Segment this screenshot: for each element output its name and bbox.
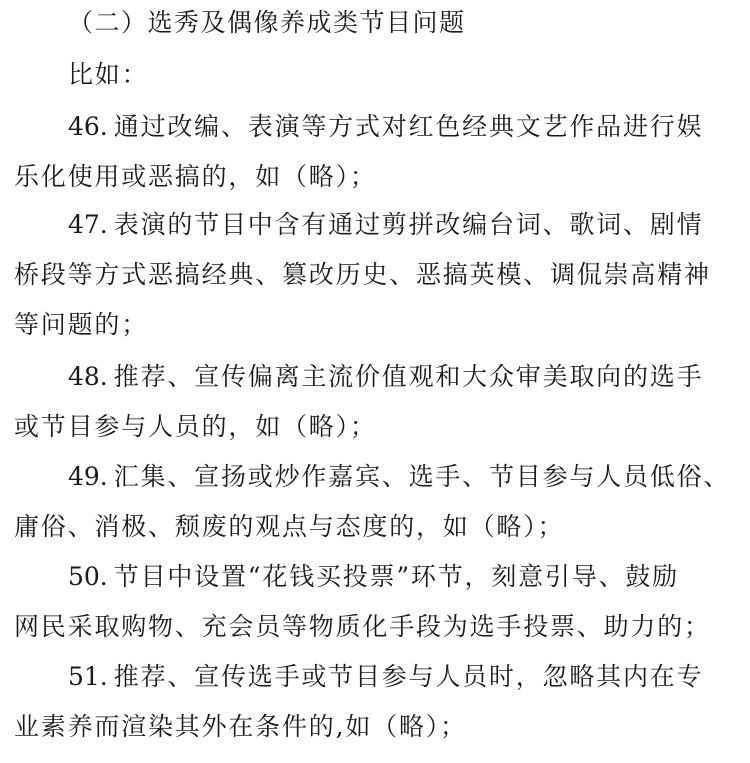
item-number: 50.	[68, 562, 108, 591]
item-first-line: 46.通过改编、表演等方式对红色经典文艺作品进行娱	[68, 112, 703, 142]
item-continuation-line: 业素养而渲染其外在条件的,如（略）；	[14, 712, 467, 742]
item-first-line: 48.推荐、宣传偏离主流价值观和大众审美取向的选手	[68, 362, 703, 392]
item-text: 表演的节目中含有通过剪拼改编台词、歌词、剧情	[114, 210, 704, 239]
item-number: 48.	[68, 362, 108, 391]
item-text: 通过改编、表演等方式对红色经典文艺作品进行娱	[114, 112, 704, 141]
item-first-line: 51.推荐、宣传选手或节目参与人员时，忽略其内在专	[68, 662, 703, 692]
item-first-line: 47.表演的节目中含有通过剪拼改编台词、歌词、剧情	[68, 210, 703, 240]
item-continuation-line: 网民采取购物、充会员等物质化手段为选手投票、助力的；	[14, 612, 711, 642]
item-number: 49.	[68, 462, 108, 491]
item-continuation-line: 乐化使用或恶搞的，如（略）；	[14, 162, 377, 192]
item-continuation-line: 桥段等方式恶搞经典、篡改历史、恶搞英模、调侃崇高精神	[14, 260, 711, 290]
item-text: 推荐、宣传选手或节目参与人员时，忽略其内在专	[114, 662, 704, 691]
item-continuation-line: 或节目参与人员的，如（略）；	[14, 412, 377, 442]
item-text: 汇集、宣扬或炒作嘉宾、选手、节目参与人员低俗、	[114, 462, 730, 491]
item-first-line: 50.节目中设置“花钱买投票”环节，刻意引导、鼓励	[68, 562, 679, 592]
item-text: 节目中设置“花钱买投票”环节，刻意引导、鼓励	[114, 562, 679, 591]
item-number: 46.	[68, 112, 108, 141]
section-heading: （二）选秀及偶像养成类节目问题	[68, 8, 466, 38]
item-text: 推荐、宣传偏离主流价值观和大众审美取向的选手	[114, 362, 704, 391]
intro-text: 比如：	[68, 60, 148, 90]
item-number: 47.	[68, 210, 108, 239]
item-continuation-line: 庸俗、消极、颓废的观点与态度的，如（略）；	[14, 512, 564, 542]
item-number: 51.	[68, 662, 108, 691]
item-first-line: 49.汇集、宣扬或炒作嘉宾、选手、节目参与人员低俗、	[68, 462, 730, 492]
item-continuation-line: 等问题的；	[14, 310, 148, 340]
